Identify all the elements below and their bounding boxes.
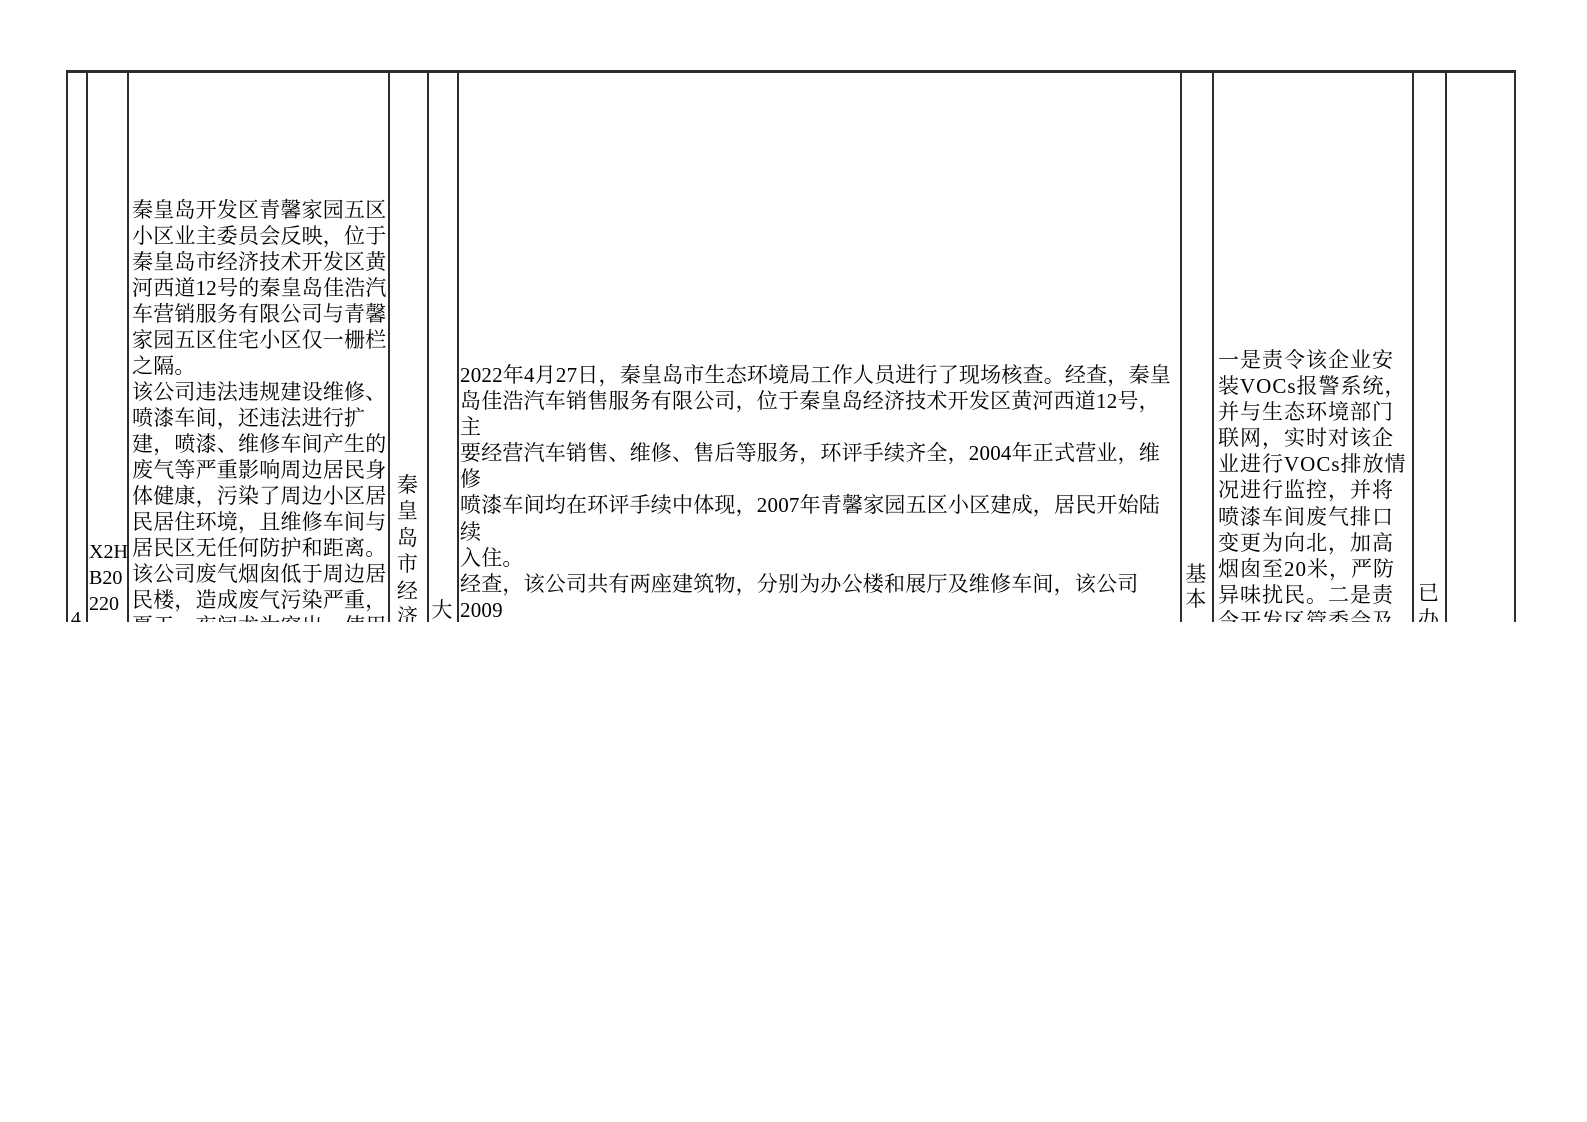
investigation-text: 2022年4月27日，秦皇岛市生态环境局工作人员进行了现场核查。经查，秦皇 岛佳… [460, 362, 1176, 622]
col-divider-6 [1180, 70, 1182, 622]
table-border-right [1514, 70, 1516, 622]
ledger-table: 4 X2H B20 220 秦皇岛开发区青馨家园五区 小区业主委员会反映，位于 … [66, 70, 1516, 622]
handling-org-vertical: 秦 皇 岛 市 经 济 [388, 472, 427, 622]
pollution-category: 大 [427, 597, 457, 622]
complaint-text: 秦皇岛开发区青馨家园五区 小区业主委员会反映，位于 秦皇岛市经济技术开发区黄 河… [132, 197, 388, 622]
col-divider-8 [1412, 70, 1414, 622]
col-divider-1 [86, 70, 88, 622]
measures-text: 一是责令该企业安 装VOCs报警系统， 并与生态环境部门 联网，实时对该企 业进… [1218, 347, 1410, 622]
remark-cell-empty [1447, 73, 1514, 622]
status-vertical: 已 办 [1412, 580, 1445, 622]
col-divider-2 [127, 70, 129, 622]
col-divider-5 [457, 70, 459, 622]
case-code: X2H B20 220 [89, 539, 127, 617]
table-top-border [66, 70, 1516, 73]
table-border-left [66, 70, 68, 622]
col-divider-7 [1212, 70, 1214, 622]
verification-result-vertical: 基 本 [1180, 562, 1212, 612]
col-divider-4 [427, 70, 429, 622]
row-number: 4 [66, 606, 86, 622]
